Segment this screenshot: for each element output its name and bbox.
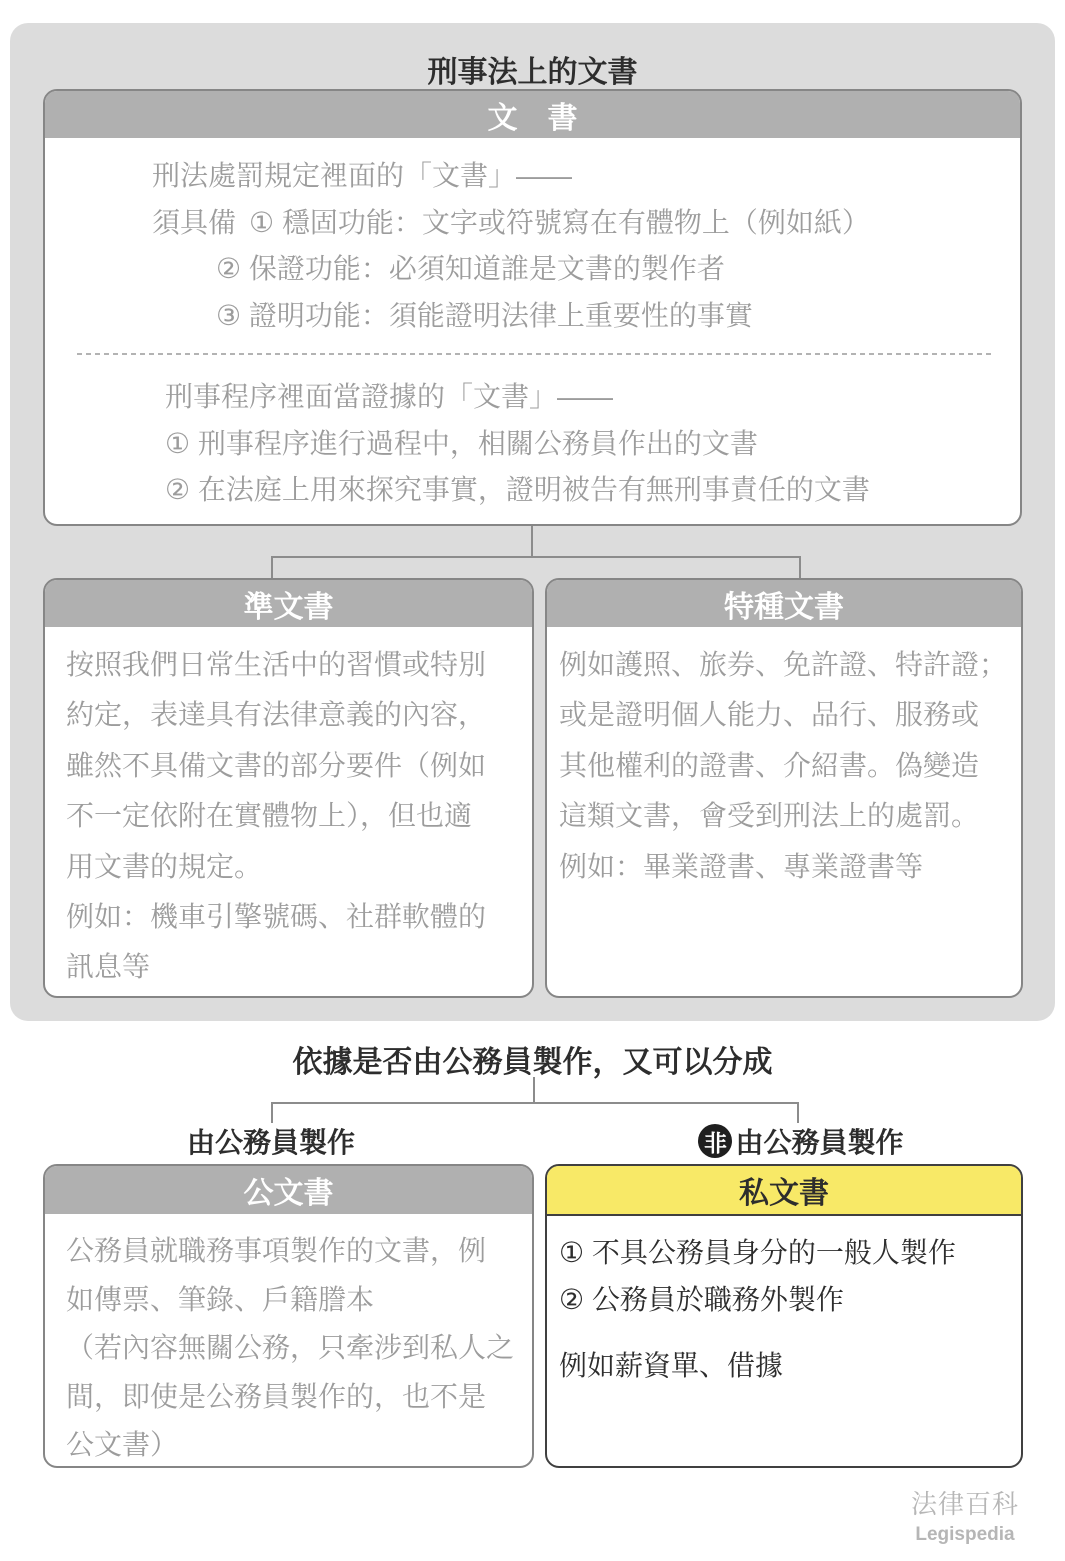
logo-en-text: Legispedia bbox=[865, 1524, 1065, 1546]
private-document-body: ① 不具公務員身分的一般人製作② 公務員於職務外製作 例如薪資單、借據 bbox=[547, 1216, 1021, 1389]
text-line: 訊息等 bbox=[66, 942, 532, 992]
special-document-body: 例如護照、旅券、免許證、特許證；或是證明個人能力、品行、服務或其他權利的證書、介… bbox=[547, 627, 1021, 892]
text-line: 例如：機車引擎號碼、社群軟體的 bbox=[66, 892, 532, 942]
block2-item1: ① 刑事程序進行過程中，相關公務員作出的文書 bbox=[165, 421, 870, 468]
block1-item3: ③ 證明功能：須能證明法律上重要性的事實 bbox=[152, 293, 870, 340]
private-example: 例如薪資單、借據 bbox=[559, 1342, 1021, 1389]
text-line: 或是證明個人能力、品行、服務或 bbox=[559, 690, 1021, 740]
text-line: 公文書） bbox=[66, 1421, 532, 1468]
text-line: （若內容無關公務，只牽涉到私人之 bbox=[66, 1324, 532, 1373]
classification-title: 依據是否由公務員製作，又可以分成 bbox=[0, 1037, 1065, 1081]
private-document-header: 私文書 bbox=[547, 1166, 1021, 1216]
text-line: 按照我們日常生活中的習慣或特別 bbox=[66, 640, 532, 690]
special-document-box: 特種文書 例如護照、旅券、免許證、特許證；或是證明個人能力、品行、服務或其他權利… bbox=[545, 578, 1023, 998]
quasi-document-header: 準文書 bbox=[45, 580, 532, 627]
block1-lead: 須具備 bbox=[152, 207, 236, 238]
text-line: 這類文書，會受到刑法上的處罰。 bbox=[559, 791, 1021, 841]
legispedia-logo: 法律百科 Legispedia bbox=[865, 1484, 1065, 1546]
quasi-document-body: 按照我們日常生活中的習慣或特別約定，表達具有法律意義的內容，雖然不具備文書的部分… bbox=[45, 627, 532, 993]
text-line: 例如護照、旅券、免許證、特許證； bbox=[559, 640, 1021, 690]
infographic-canvas: 刑事法上的文書 文 書 刑法處罰規定裡面的「文書」—— 須具備① 穩固功能：文字… bbox=[0, 0, 1065, 1561]
text-line: 雖然不具備文書的部分要件（例如 bbox=[66, 741, 532, 791]
procedure-document-block: 刑事程序裡面當證據的「文書」—— ① 刑事程序進行過程中，相關公務員作出的文書 … bbox=[165, 374, 870, 514]
private-items: ① 不具公務員身分的一般人製作② 公務員於職務外製作 bbox=[559, 1229, 1021, 1323]
connector-bracket-bottom bbox=[271, 1102, 799, 1123]
branch-label-not-text: 由公務員製作 bbox=[735, 1121, 903, 1161]
document-definition-box: 文 書 刑法處罰規定裡面的「文書」—— 須具備① 穩固功能：文字或符號寫在有體物… bbox=[43, 89, 1022, 526]
public-document-box: 公文書 公務員就職務事項製作的文書，例如傳票、筆錄、戶籍謄本（若內容無關公務，只… bbox=[43, 1164, 534, 1468]
block2-item2: ② 在法庭上用來探究事實，證明被告有無刑事責任的文書 bbox=[165, 467, 870, 514]
block2-intro: 刑事程序裡面當證據的「文書」—— bbox=[165, 374, 870, 421]
special-document-header: 特種文書 bbox=[547, 580, 1021, 627]
text-line: 用文書的規定。 bbox=[66, 842, 532, 892]
block1-lead-row: 須具備① 穩固功能：文字或符號寫在有體物上（例如紙） bbox=[152, 200, 870, 247]
text-line: 其他權利的證書、介紹書。偽變造 bbox=[559, 741, 1021, 791]
text-line: ② 公務員於職務外製作 bbox=[559, 1276, 1021, 1323]
text-line: 間，即使是公務員製作的，也不是 bbox=[66, 1373, 532, 1422]
connector-stem-top bbox=[531, 526, 533, 556]
text-line: 例如：畢業證書、專業證書等 bbox=[559, 842, 1021, 892]
document-box-header: 文 書 bbox=[45, 91, 1020, 138]
public-document-header: 公文書 bbox=[45, 1166, 532, 1214]
quasi-document-box: 準文書 按照我們日常生活中的習慣或特別約定，表達具有法律意義的內容，雖然不具備文… bbox=[43, 578, 534, 998]
connector-stem-bottom bbox=[533, 1077, 535, 1102]
text-line: 如傳票、筆錄、戶籍謄本 bbox=[66, 1276, 532, 1325]
criminal-code-document-block: 刑法處罰規定裡面的「文書」—— 須具備① 穩固功能：文字或符號寫在有體物上（例如… bbox=[152, 153, 870, 339]
private-document-box: 私文書 ① 不具公務員身分的一般人製作② 公務員於職務外製作 例如薪資單、借據 bbox=[545, 1164, 1023, 1468]
block1-item2: ② 保證功能：必須知道誰是文書的製作者 bbox=[152, 246, 870, 293]
block1-item1: ① 穩固功能：文字或符號寫在有體物上（例如紙） bbox=[249, 207, 870, 238]
connector-bracket-top bbox=[271, 556, 801, 578]
text-line: 不一定依附在實體物上），但也適 bbox=[66, 791, 532, 841]
public-document-body: 公務員就職務事項製作的文書，例如傳票、筆錄、戶籍謄本（若內容無關公務，只牽涉到私… bbox=[45, 1214, 532, 1468]
text-line: ① 不具公務員身分的一般人製作 bbox=[559, 1229, 1021, 1276]
branch-label-not-by-official: 非 由公務員製作 bbox=[621, 1122, 981, 1160]
text-line: 公務員就職務事項製作的文書，例 bbox=[66, 1227, 532, 1276]
branch-label-by-official: 由公務員製作 bbox=[131, 1122, 411, 1160]
text-line: 約定，表達具有法律意義的內容， bbox=[66, 690, 532, 740]
logo-zh-text: 法律百科 bbox=[865, 1484, 1065, 1521]
dashed-divider bbox=[77, 353, 992, 355]
block1-intro: 刑法處罰規定裡面的「文書」—— bbox=[152, 153, 870, 200]
not-badge: 非 bbox=[698, 1124, 732, 1158]
main-title: 刑事法上的文書 bbox=[0, 47, 1065, 91]
